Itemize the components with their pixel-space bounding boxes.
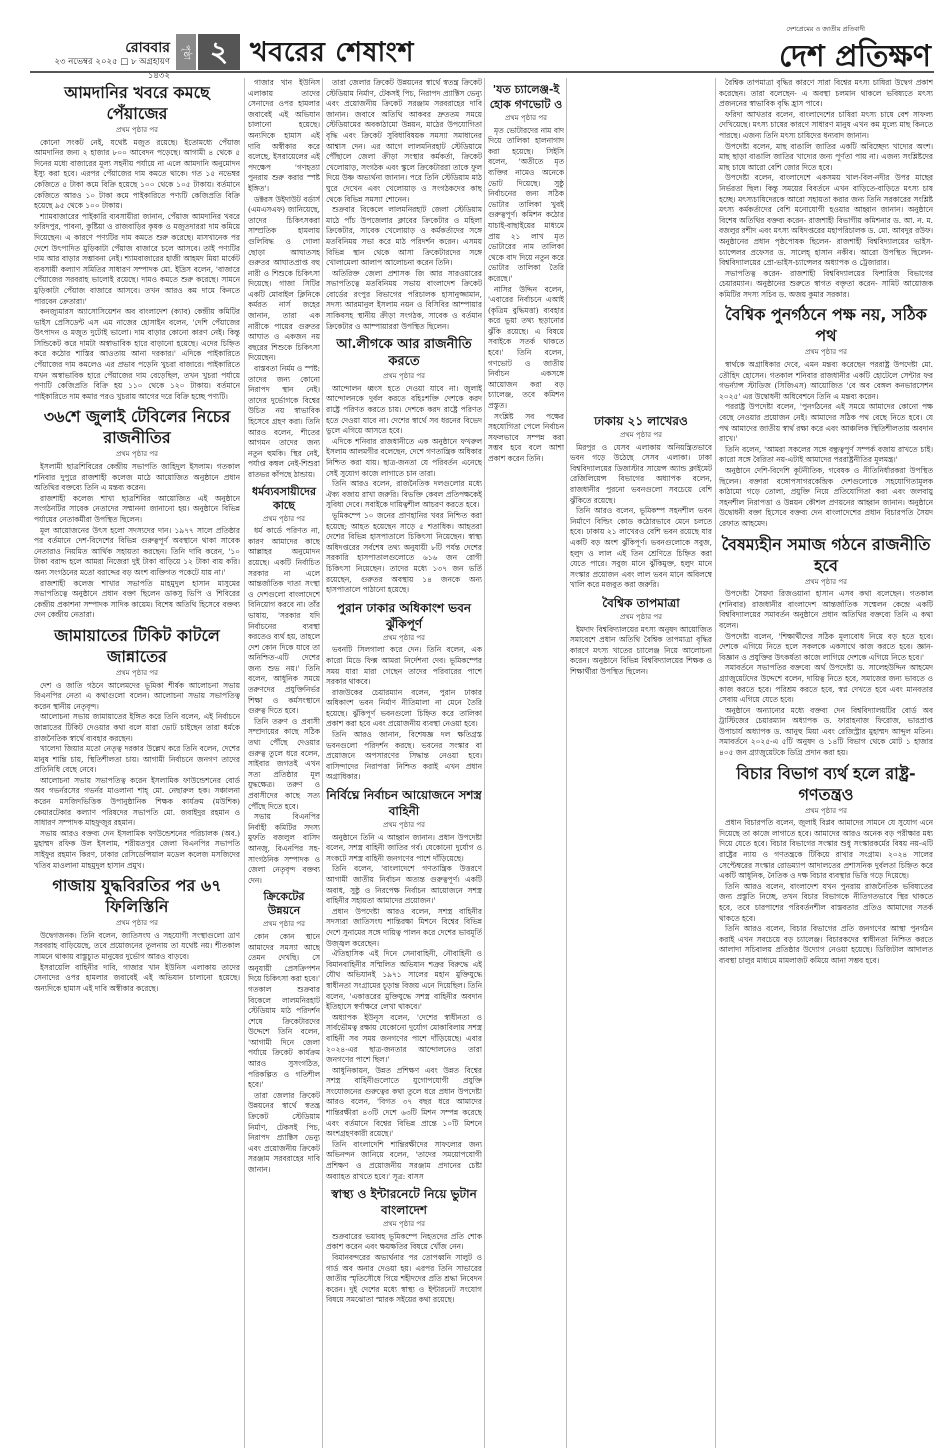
masthead: রোববার ২৩ নভেম্বর ২০২৫ □ ৮ অগ্রহায়ণ ১৪৩… xyxy=(0,0,945,72)
body-paragraph: প্রধান উপদেষ্টা আরও বলেন, সশস্ত্র বাহিনী… xyxy=(326,907,482,949)
headline: বৈষম্যহীন সমাজ গঠনে রাজনীতি হবে xyxy=(719,534,933,576)
body-paragraph: বাস্তবতা নির্মম ও স্পষ্ট: তাদের জন্য কোন… xyxy=(248,364,320,481)
body-paragraph: শ্যামবাজারের পাইকারি ব্যবসায়ীরা জানান, … xyxy=(34,212,240,307)
body-paragraph: তিনি আরও জানান, বিশেষজ্ঞ দল ক্ষতিগ্রস্ত … xyxy=(326,730,482,783)
headline: জামায়াতের টিকিট কাটলে জান্নাতের xyxy=(34,625,240,667)
body-paragraph: সভায় বিএনপির নির্বাহী কমিটির সদস্য মুফত… xyxy=(248,812,320,886)
jump-label: প্রথম পৃষ্ঠার পর xyxy=(248,919,320,930)
column-6: বৈশ্বিক তাপমাত্রা বৃদ্ধির কারণে সারা বিশ… xyxy=(719,78,933,1448)
body-paragraph: ডক্টরস উইদাউট বর্ডার্স (এমএসএফ) জানিয়েছ… xyxy=(248,195,320,365)
body-paragraph: সমাবর্তনে সভাপতির বক্তব্যে অর্থ উপদেষ্টা… xyxy=(719,663,933,705)
headline: বৈশ্বিক পুনর্গঠনে পক্ষ নয়, সঠিক পথ xyxy=(719,304,933,346)
headline: নির্বিঘ্নে নির্বাচন আয়োজনে সশস্ত্র বাহি… xyxy=(326,787,482,819)
body-paragraph: মিরপুর ও যেসব এলাকায় অনিয়ন্ত্রিতভাবে ভ… xyxy=(570,443,712,507)
body-paragraph: কোনো সংকট নেই, যথেষ্ট মজুত রয়েছে। ইতোমধ… xyxy=(34,138,240,212)
column-4: 'যত চ্যালেঞ্জ-ই হোক গণভোট ও প্রথম পৃষ্ঠা… xyxy=(488,78,564,1448)
headline: বিচার বিভাগ ব্যর্থ হলে রাষ্ট্র-গণতন্ত্রও xyxy=(719,763,933,805)
body-paragraph: অতিরিক্ত জেলা প্রশাসক জি আর সারওয়ারের স… xyxy=(326,269,482,333)
body-paragraph: রাজশাহী কলেজ শাখা ছাত্রশিবির আয়োজিত এই … xyxy=(34,494,240,526)
jump-label: প্রথম পৃষ্ঠার পর xyxy=(719,347,933,358)
body-paragraph: পররাষ্ট্র উপদেষ্টা বলেন, 'পুনর্গঠনের এই … xyxy=(719,402,933,444)
headline: ক্রিকেটের উন্নয়নে xyxy=(248,890,320,918)
jump-label: প্রথম পৃষ্ঠার পর xyxy=(719,577,933,588)
headline: বৈশ্বিক তাপমাত্রা xyxy=(570,595,712,611)
body-paragraph: উপদেষ্টা বলেন, মাছ বাঙালি জাতির একটি অবি… xyxy=(719,142,933,174)
body-paragraph: তিনি বলেন, 'আমরা সকলের সঙ্গে বন্ধুত্বপূর… xyxy=(719,445,933,466)
body-paragraph: তারা জেলার ক্রিকেট উন্নয়নের স্বার্থে স্… xyxy=(248,1091,320,1176)
body-paragraph: উপদেষ্টা সৈয়দা রিজওয়ানা হাসান এসব কথা … xyxy=(719,589,933,631)
jump-label: প্রথম পৃষ্ঠার পর xyxy=(34,918,240,929)
jump-label: প্রথম পৃষ্ঠার পর xyxy=(34,449,240,460)
headline: স্বাস্থ্য ও ইন্টারনেটে নিয়ে ভুটান বাংলা… xyxy=(326,1186,482,1218)
jump-label: প্রথম পৃষ্ঠার পর xyxy=(326,633,482,644)
body-paragraph: তিনি আরও বলেন, বাংলাদেশ যখন পুনরায় রাজন… xyxy=(719,882,933,924)
article-gaza-ceasefire: গাজায় যুদ্ধবিরতির পর ৬৭ ফিলিস্তিনি প্রথ… xyxy=(34,875,240,994)
body-paragraph: নাসির উদ্দিন বলেন, 'এবারের নির্বাচনে এআই… xyxy=(488,285,564,412)
body-paragraph: তিনি বলেন, 'বাংলাদেশে গণতান্ত্রিক উত্তরণ… xyxy=(326,864,482,906)
body-paragraph: দেশ ও জাতি গঠনে আলেমদের ভূমিকা শীর্ষক আল… xyxy=(34,681,240,713)
body-paragraph: উপদেষ্টা বলেন, 'শিক্ষার্থীদের সঠিক মূল্য… xyxy=(719,632,933,664)
article-onion-import: আমদানির খবরে কমছে পেঁয়াজের প্রথম পৃষ্ঠা… xyxy=(34,82,240,402)
jump-label: প্রথম পৃষ্ঠার পর xyxy=(248,514,320,525)
headline: 'যত চ্যালেঞ্জ-ই হোক গণভোট ও xyxy=(488,82,564,112)
headline: পুরান ঢাকার অধিকাংশ ভবন ঝুঁকিপূর্ণ xyxy=(326,600,482,632)
body-paragraph: ঐতিহাসিক এই দিনে সেনাবাহিনী, নৌবাহিনী ও … xyxy=(326,949,482,1013)
body-paragraph: শুক্রবার বিকেলে লালমনিরহাট জেলা স্টেডিয়… xyxy=(326,205,482,269)
body-paragraph: তিনি বাংলাদেশি শান্তিরক্ষীদের সাফল্যের জ… xyxy=(326,1140,482,1182)
body-paragraph: বৈশ্বিক তাপমাত্রা বৃদ্ধির কারণে সারা বিশ… xyxy=(719,78,933,110)
body-paragraph: এদিকে শনিবার রাজধানীতে এক অনুষ্ঠানে ফখরু… xyxy=(326,437,482,479)
body-paragraph: অধ্যাপক ইউনূস বলেন, 'দেশের স্বাধীনতা ও স… xyxy=(326,1013,482,1066)
body-paragraph: আন্দোলন ধ্বংস হতে দেওয়া যাবে না। জুলাই … xyxy=(326,384,482,437)
body-paragraph: ইসলামী ছাত্রশিবিরের কেন্দ্রীয় সভাপতি জা… xyxy=(34,462,240,494)
headline: গাজায় যুদ্ধবিরতির পর ৬৭ ফিলিস্তিনি xyxy=(34,875,240,917)
column-3: তারা জেলার ক্রিকেট উন্নয়নের স্বার্থে স্… xyxy=(326,78,482,1448)
page-number: ২ xyxy=(198,34,240,70)
body-paragraph: ধর্ম কার্ডে পরিণত না, কারণ আমাদের কাছে আ… xyxy=(248,526,320,717)
body-paragraph: অনুষ্ঠানে দেশি-বিদেশি কূটনীতিক, গবেষক ও … xyxy=(719,466,933,530)
body-paragraph: উপদেষ্টা বলেন, বাংলাদেশে একসময় খাল-বিল-… xyxy=(719,173,933,268)
column-divider xyxy=(244,78,245,1448)
column-divider xyxy=(715,78,716,1448)
body-paragraph: ইমদাদ বিশ্ববিদ্যালয়ের মৎস্য অনুষদ আয়োজ… xyxy=(570,625,712,678)
body-paragraph: তারা জেলার ক্রিকেট উন্নয়নের স্বার্থে স্… xyxy=(326,78,482,205)
article-july-politics: ৩৬শে জুলাই টেবিলের নিচের রাজনীতির প্রথম … xyxy=(34,406,240,621)
body-paragraph: আধুনিকায়ন, উন্নত প্রশিক্ষণ এবং উন্নত বি… xyxy=(326,1066,482,1140)
body-paragraph: তিনি আরও বলেন, রাজনৈতিক দলগুলোর মধ্যে ঐক… xyxy=(326,479,482,511)
body-paragraph: ভূমিকম্পে ১০ জনের প্রাণহানির খবর নিশ্চিত… xyxy=(326,511,482,596)
jump-label: প্রথম পৃষ্ঠার পর xyxy=(570,430,712,441)
body-paragraph: রাজশাহী কলেজ শাখার সভাপতি মাহমুদুল হাসান… xyxy=(34,579,240,621)
body-paragraph: কনজ্যুমারস অ্যাসোসিয়েশন অব বাংলাদেশ (ক্… xyxy=(34,307,240,402)
body-paragraph: তিনি আরও বলেন, ভূমিকম্প সহনশীল ভবন নির্ম… xyxy=(570,506,712,591)
column-divider xyxy=(484,78,485,1448)
body-paragraph: ভবনটি সিলগালা করে দেন। তিনি বলেন, এক কার… xyxy=(326,645,482,687)
body-paragraph: তিনি তরুণ ও প্রবাসী সম্প্রদায়ের কাছে সঠ… xyxy=(248,717,320,812)
headline: আমদানির খবরে কমছে পেঁয়াজের xyxy=(34,82,240,124)
body-paragraph: স্বার্থকে অগ্রাধিকার দেবে, এমন মন্তব্য ক… xyxy=(719,360,933,402)
headline: ৩৬শে জুলাই টেবিলের নিচের রাজনীতির xyxy=(34,406,240,448)
body-paragraph: সংশ্লিষ্ট সব পক্ষের সহযোগিতা পেলে নির্বা… xyxy=(488,412,564,465)
column-divider xyxy=(322,78,323,1448)
column-5: ঢাকায় ২১ লাখেরও প্রথম পৃষ্ঠার পর মিরপুর… xyxy=(570,78,712,1448)
article-jamaat-ticket: জামায়াতের টিকিট কাটলে জান্নাতের প্রথম প… xyxy=(34,625,240,871)
jump-label: প্রথম পৃষ্ঠার পর xyxy=(719,806,933,817)
body-paragraph: গাজার খান ইউনিস এলাকায় তাদের সেনাদের ওপ… xyxy=(248,78,320,195)
jump-label: প্রথম পৃষ্ঠার পর xyxy=(34,125,240,136)
body-paragraph: তিনি আরও বলেন, বিচার বিভাগের প্রতি জনগণে… xyxy=(719,924,933,966)
body-paragraph: খালেদা জিয়ার মতো নেতৃত্ব দরকার উল্লেখ ক… xyxy=(34,744,240,776)
body-paragraph: আলোচনা সভায় সভাপতিত্ব করেন ইসলামিক ফাউন… xyxy=(34,776,240,829)
body-paragraph: মূল আয়োজনের উৎস হলো সদস্যদের দান। ১৯৭৭ … xyxy=(34,526,240,579)
jump-label: প্রথম পৃষ্ঠার পর xyxy=(326,820,482,831)
body-paragraph: কোন কোন স্থানে আমাদের সমস্যা আছে তেমন দে… xyxy=(248,932,320,1091)
body-paragraph: অনুষ্ঠানে অন্যান্যের মধ্যে বক্তব্য দেন ব… xyxy=(719,706,933,759)
headline: আ.লীগকে আর রাজনীতি করতে xyxy=(326,336,482,370)
newspaper-logo: দেশ প্রতিক্ষণ xyxy=(779,32,931,83)
jump-label: প্রথম পৃষ্ঠার পর xyxy=(570,612,712,623)
body-paragraph: মৃত ভোটারদের নাম বাদ দিয়ে তালিকা হালনাগ… xyxy=(488,126,564,285)
body-paragraph: উদ্বেগজনক। তিনি বলেন, জাতিসংঘ ও সহযোগী স… xyxy=(34,931,240,963)
body-paragraph: শুক্রবারের ভয়াবহ ভূমিকম্পে নিহতদের প্রত… xyxy=(326,1232,482,1253)
body-paragraph: বিমানবন্দরের অভ্যর্থনার পর তোপধ্বনি সালু… xyxy=(326,1253,482,1306)
jump-label: প্রথম পৃষ্ঠার পর xyxy=(488,113,564,124)
body-paragraph: প্রধান বিচারপতি বলেন, জুলাই বিপ্লব আমাদে… xyxy=(719,818,933,882)
column-2: গাজার খান ইউনিস এলাকায় তাদের সেনাদের ওপ… xyxy=(248,78,320,1448)
body-paragraph: সভাপতিত্ব করেন- রাজশাহী বিশ্ববিদ্যালয়ের… xyxy=(719,269,933,301)
headline: ধর্মব্যবসায়ীদের কাছে xyxy=(248,485,320,513)
body-paragraph: সভায় আরও বক্তব্য দেন ইসলামিক ফাউন্ডেশনে… xyxy=(34,829,240,871)
jump-label: প্রথম পৃষ্ঠার পর xyxy=(34,668,240,679)
body-paragraph: ফরিদা আখতার বলেন, বাংলাদেশের চাষিরা মৎস্… xyxy=(719,110,933,142)
column-1: আমদানির খবরে কমছে পেঁয়াজের প্রথম পৃষ্ঠা… xyxy=(34,78,240,1448)
jump-label: প্রথম পৃষ্ঠার পর xyxy=(326,371,482,382)
headline: ঢাকায় ২১ লাখেরও xyxy=(570,413,712,429)
body-paragraph: ইসরায়েলি বাহিনীর দাবি, গাজার খান ইউনিস … xyxy=(34,963,240,995)
column-divider xyxy=(566,78,567,1448)
body-paragraph: রাজউকের চেয়ারম্যান বলেন, পুরান ঢাকার অধ… xyxy=(326,688,482,730)
masthead-divider xyxy=(30,71,934,73)
body-paragraph: অনুষ্ঠানে তিনি এ আহ্বান জানান। প্রধান উপ… xyxy=(326,833,482,865)
body-paragraph: আলোচনা সভায় জামায়াতের ইঙ্গিত করে তিনি … xyxy=(34,712,240,744)
jump-label: প্রথম পৃষ্ঠার পর xyxy=(326,1219,482,1230)
page-label: পৃষ্ঠা xyxy=(176,34,196,70)
